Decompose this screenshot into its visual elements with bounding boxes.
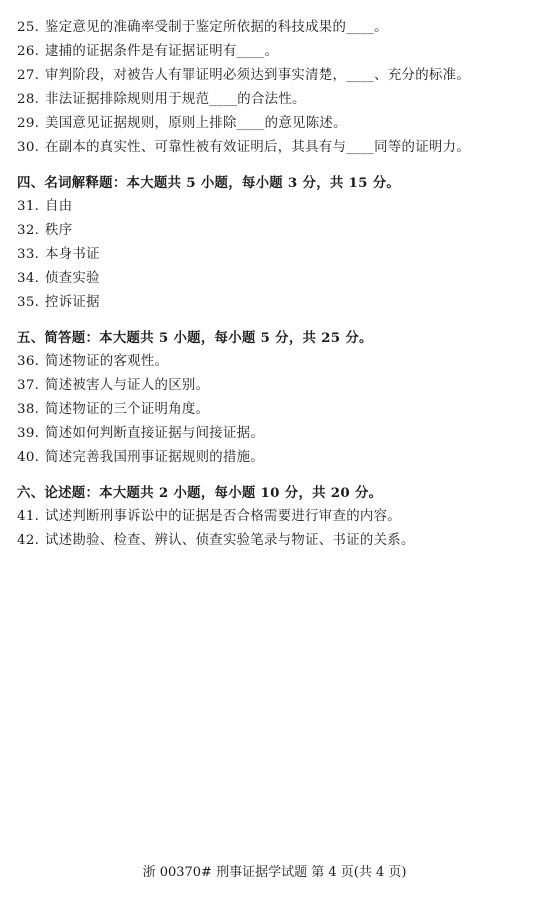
question-text: 简述物证的客观性。	[45, 354, 168, 369]
question-number: 40.	[17, 449, 45, 467]
page-footer: 浙 00370# 刑事证据学试题 第 4 页(共 4 页)	[0, 864, 549, 882]
question-32: 32.秩序	[17, 222, 72, 240]
question-text: 非法证据排除规则用于规范____的合法性。	[45, 92, 306, 107]
question-25: 25.鉴定意见的准确率受制于鉴定所依据的科技成果的____。	[17, 19, 388, 37]
question-number: 29.	[17, 115, 45, 133]
question-text: 在副本的真实性、可靠性被有效证明后，其具有与____同等的证明力。	[45, 140, 470, 155]
question-text: 简述如何判断直接证据与间接证据。	[45, 426, 264, 441]
section-5-heading: 五、简答题：本大题共 5 小题，每小题 5 分，共 25 分。	[17, 329, 373, 347]
question-35: 35.控诉证据	[17, 294, 100, 312]
exam-page: 25.鉴定意见的准确率受制于鉴定所依据的科技成果的____。 26.逮捕的证据条…	[0, 0, 549, 901]
question-27: 27.审判阶段，对被告人有罪证明必须达到事实清楚，____、充分的标准。	[17, 67, 470, 85]
question-42: 42.试述勘验、检查、辨认、侦查实验笔录与物证、书证的关系。	[17, 532, 415, 550]
question-36: 36.简述物证的客观性。	[17, 353, 168, 371]
question-text: 试述判断刑事诉讼中的证据是否合格需要进行审查的内容。	[45, 509, 401, 524]
question-30: 30.在副本的真实性、可靠性被有效证明后，其具有与____同等的证明力。	[17, 139, 470, 157]
question-number: 30.	[17, 139, 45, 157]
question-26: 26.逮捕的证据条件是有证据证明有____。	[17, 43, 278, 61]
question-37: 37.简述被害人与证人的区别。	[17, 377, 209, 395]
question-number: 39.	[17, 425, 45, 443]
question-text: 逮捕的证据条件是有证据证明有____。	[45, 44, 278, 59]
question-number: 42.	[17, 532, 45, 550]
section-4-heading: 四、名词解释题：本大题共 5 小题，每小题 3 分，共 15 分。	[17, 174, 400, 192]
question-41: 41.试述判断刑事诉讼中的证据是否合格需要进行审查的内容。	[17, 508, 401, 526]
section-6-heading: 六、论述题：本大题共 2 小题，每小题 10 分，共 20 分。	[17, 484, 382, 502]
question-number: 37.	[17, 377, 45, 395]
question-number: 35.	[17, 294, 45, 312]
question-number: 31.	[17, 198, 45, 216]
question-39: 39.简述如何判断直接证据与间接证据。	[17, 425, 264, 443]
question-number: 32.	[17, 222, 45, 240]
question-28: 28.非法证据排除规则用于规范____的合法性。	[17, 91, 306, 109]
question-text: 试述勘验、检查、辨认、侦查实验笔录与物证、书证的关系。	[45, 533, 415, 548]
question-number: 34.	[17, 270, 45, 288]
question-number: 27.	[17, 67, 45, 85]
question-number: 33.	[17, 246, 45, 264]
question-text: 控诉证据	[45, 295, 100, 310]
question-text: 本身书证	[45, 247, 100, 262]
question-number: 36.	[17, 353, 45, 371]
question-29: 29.美国意见证据规则，原则上排除____的意见陈述。	[17, 115, 347, 133]
question-40: 40.简述完善我国刑事证据规则的措施。	[17, 449, 264, 467]
question-31: 31.自由	[17, 198, 72, 216]
question-text: 鉴定意见的准确率受制于鉴定所依据的科技成果的____。	[45, 20, 388, 35]
question-number: 28.	[17, 91, 45, 109]
question-text: 审判阶段，对被告人有罪证明必须达到事实清楚，____、充分的标准。	[45, 68, 470, 83]
question-text: 秩序	[45, 223, 72, 238]
question-text: 侦查实验	[45, 271, 100, 286]
question-number: 41.	[17, 508, 45, 526]
question-text: 简述完善我国刑事证据规则的措施。	[45, 450, 264, 465]
question-number: 25.	[17, 19, 45, 37]
question-number: 26.	[17, 43, 45, 61]
question-text: 自由	[45, 199, 72, 214]
question-text: 简述被害人与证人的区别。	[45, 378, 209, 393]
question-33: 33.本身书证	[17, 246, 100, 264]
question-38: 38.简述物证的三个证明角度。	[17, 401, 209, 419]
question-text: 美国意见证据规则，原则上排除____的意见陈述。	[45, 116, 347, 131]
question-text: 简述物证的三个证明角度。	[45, 402, 209, 417]
question-34: 34.侦查实验	[17, 270, 100, 288]
question-number: 38.	[17, 401, 45, 419]
